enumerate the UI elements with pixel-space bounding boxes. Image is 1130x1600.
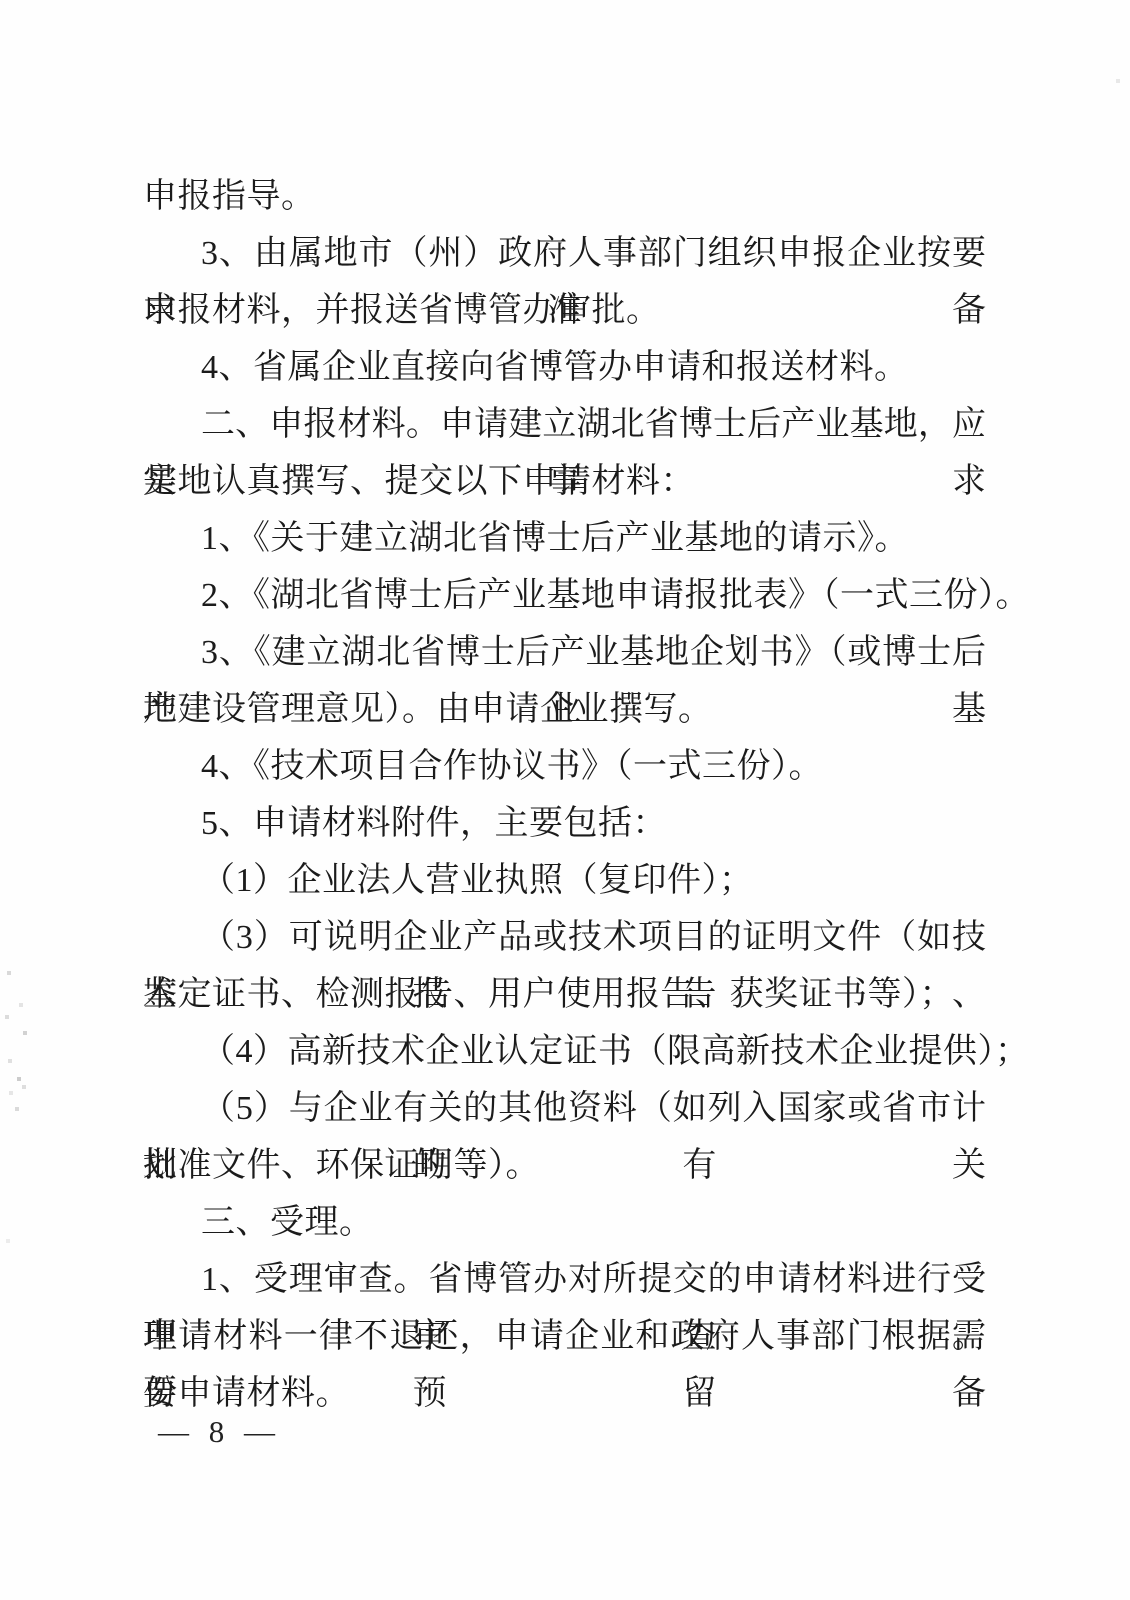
text-line: 5、申请材料附件，主要包括： <box>143 795 986 852</box>
text-line: 2、《湖北省博士后产业基地申请报批表》（一式三份）。 <box>143 567 986 624</box>
document-page: 申报指导。3、由属地市（州）政府人事部门组织申报企业按要求准备申报材料，并报送省… <box>0 0 1130 1600</box>
text-line: 4、《技术项目合作协议书》（一式三份）。 <box>143 738 986 795</box>
text-line: （1）企业法人营业执照（复印件）； <box>143 852 986 909</box>
document-body: 申报指导。3、由属地市（州）政府人事部门组织申报企业按要求准备申报材料，并报送省… <box>143 168 986 1422</box>
text-line: （4）高新技术企业认定证书（限高新技术企业提供）； <box>143 1023 986 1080</box>
text-line: 申报指导。 <box>143 168 986 225</box>
text-line: 鉴定证书、检测报告、用户使用报告、获奖证书等）； <box>143 966 986 1023</box>
text-line: 1、《关于建立湖北省博士后产业基地的请示》。 <box>143 510 986 567</box>
text-line: 3、由属地市（州）政府人事部门组织申报企业按要求准备 <box>143 225 986 282</box>
text-line: （5）与企业有关的其他资料（如列入国家或省市计划的有关 <box>143 1080 986 1137</box>
text-line: 3、《建立湖北省博士后产业基地企划书》（或博士后产业基 <box>143 624 986 681</box>
text-line: 申请材料一律不退还，申请企业和政府人事部门根据需要预留备 <box>143 1308 986 1365</box>
text-line: 4、省属企业直接向省博管办申请和报送材料。 <box>143 339 986 396</box>
text-line: 1、受理审查。省博管办对所提交的申请材料进行受理审查。 <box>143 1251 986 1308</box>
text-line: 三、受理。 <box>143 1194 986 1251</box>
text-line: （3）可说明企业产品或技术项目的证明文件（如技术报告、 <box>143 909 986 966</box>
text-line: 二、申报材料。申请建立湖北省博士后产业基地，应实事求 <box>143 396 986 453</box>
scan-noise-speckles <box>0 0 2 2</box>
page-number: — 8 — <box>158 1412 281 1452</box>
